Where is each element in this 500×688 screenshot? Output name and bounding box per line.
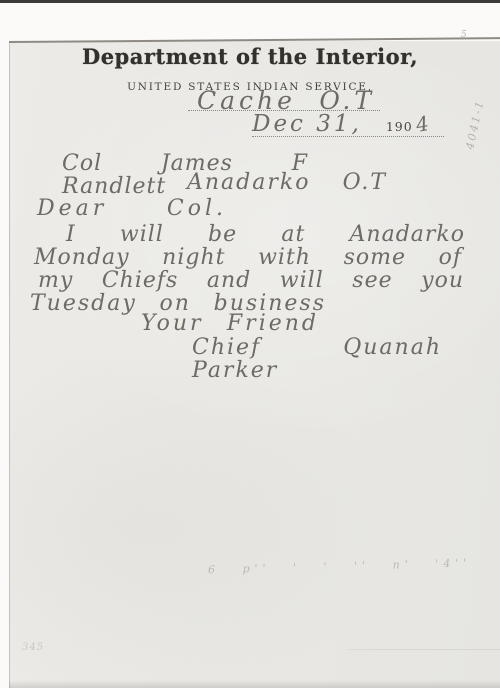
- year-printed-prefix: 190: [386, 119, 413, 134]
- date-line: Dec 31, 190 4: [252, 111, 428, 137]
- closing-line: Your Friend: [141, 312, 319, 335]
- date-underline: [252, 136, 444, 137]
- letterhead-department-title: Department of the Interior,: [0, 44, 500, 69]
- year-handwritten-digit: 4: [414, 111, 431, 137]
- body-line: my Chiefs and will see you: [38, 269, 464, 292]
- scanned-letter: Department of the Interior, UNITED STATE…: [0, 0, 500, 688]
- scan-top-edge: [0, 0, 500, 3]
- signature-line: Chief Quanah Parker: [192, 336, 442, 382]
- paper-crease-line: [348, 649, 500, 650]
- paper-bottom-edge-shadow: [9, 680, 500, 688]
- body-line: I will be at Anadarko: [66, 223, 465, 246]
- salutation-line: Dear Col.: [37, 197, 227, 220]
- body-line: Monday night with some of: [34, 246, 462, 269]
- bottom-left-pencil-mark: 345: [22, 642, 44, 653]
- recipient-place-line: Anadarko O.T: [187, 171, 387, 194]
- date-handwritten: Dec 31,: [252, 111, 362, 137]
- top-right-pencil-mark: 5: [461, 30, 467, 40]
